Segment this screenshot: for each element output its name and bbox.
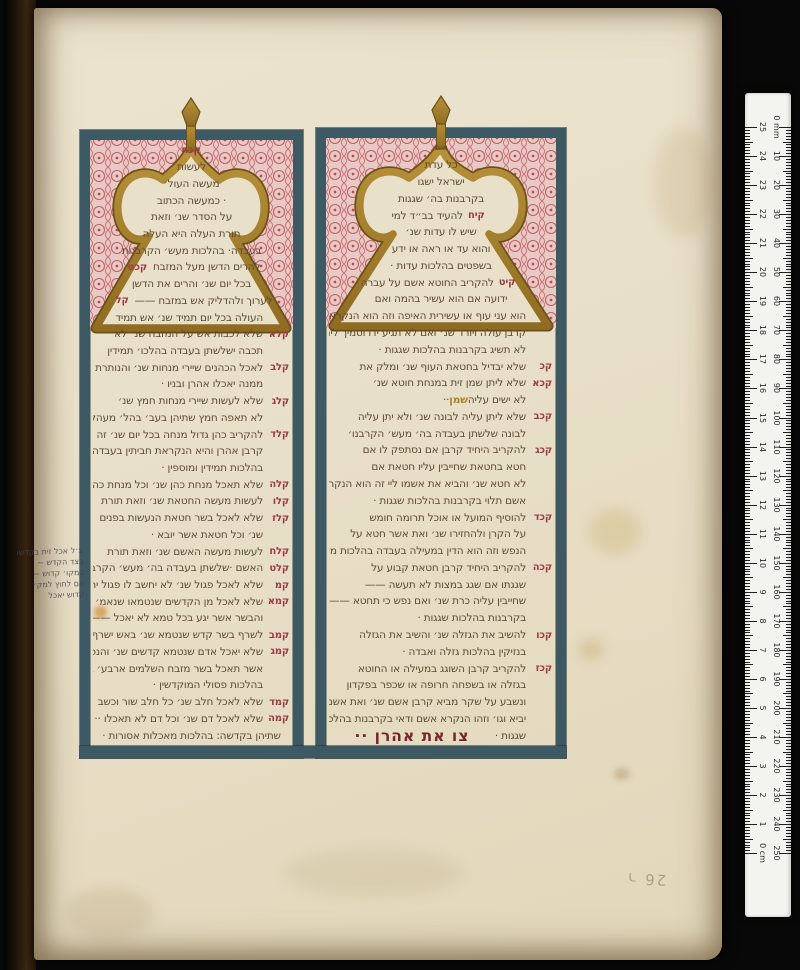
ruler-tick-mm bbox=[786, 336, 791, 337]
line-text: שלא תאכל מנחת כהן שנ׳ וכל מנחת כהן bbox=[93, 479, 263, 491]
ruler-tick-cm bbox=[745, 467, 750, 468]
ruler-tick-cm bbox=[745, 345, 753, 346]
ruler-tick-cm bbox=[745, 197, 750, 198]
ruler-tick-mm bbox=[786, 380, 791, 381]
ruler-tick-cm bbox=[745, 391, 750, 392]
line-text: לעשות מעשה החטאת שנ׳ וזאת תורת bbox=[101, 495, 263, 507]
ruler-tick-mm bbox=[786, 818, 791, 819]
manuscript-line: בהלכות פסולי המוקדשין · bbox=[93, 677, 290, 694]
ruler-tick-mm bbox=[783, 752, 791, 753]
ruler-tick-mm bbox=[786, 772, 791, 773]
ruler-tick-mm bbox=[786, 627, 791, 628]
ruler-tick-cm bbox=[745, 836, 750, 837]
ruler-tick-mm bbox=[786, 720, 791, 721]
manuscript-line: קכדלהוסיף המועל או אוכל תרומה חומש bbox=[329, 509, 553, 526]
ruler-tick-cm bbox=[745, 827, 750, 828]
ruler-tick-mm bbox=[786, 290, 791, 291]
ruler-tick-mm bbox=[786, 435, 791, 436]
ruler-tick-cm bbox=[745, 563, 757, 564]
ruler-tick-cm bbox=[745, 601, 750, 602]
ruler-tick-mm bbox=[786, 847, 791, 848]
line-text: להוסיף המועל או אוכל תרומה חומש bbox=[369, 512, 526, 524]
ruler-tick-cm bbox=[745, 754, 750, 755]
line-text: לאכל הכהנים שיירי מנחות שנ׳ והנותרת bbox=[95, 362, 263, 374]
ruler-tick-cm bbox=[745, 232, 750, 233]
ruler-tick-cm bbox=[745, 505, 757, 506]
ruler-tick-mm bbox=[786, 574, 791, 575]
ruler-tick-mm bbox=[786, 348, 791, 349]
ruler-tick-cm bbox=[745, 728, 750, 729]
ruler-tick-cm bbox=[745, 638, 750, 639]
ruler-tick-mm bbox=[786, 354, 791, 355]
line-text: להעיד בב״ד למי bbox=[391, 210, 462, 222]
manuscript-line: קיטלהקריב החוטא אשם על עברה bbox=[329, 274, 553, 291]
ruler-tick-mm bbox=[786, 746, 791, 747]
ruler-tick-mm bbox=[786, 830, 791, 831]
ruler-tick-mm bbox=[786, 162, 791, 163]
ruler-tick-cm bbox=[745, 304, 750, 305]
manuscript-line: בכל יום שנ׳ והרים את הדשן bbox=[93, 276, 290, 293]
ruler-tick-cm bbox=[745, 624, 750, 625]
line-text: בהלכות פסולי המוקדשין · bbox=[153, 679, 263, 691]
ruler-tick-cm bbox=[745, 316, 753, 317]
ruler-tick-mm bbox=[786, 696, 791, 697]
ruler-tick-mm bbox=[786, 368, 791, 369]
ruler-tick-mm bbox=[786, 754, 791, 755]
ruler-tick-mm bbox=[783, 810, 791, 811]
manuscript-line: והבשר אשר יגע בכל טמא לא יאכל —— bbox=[93, 610, 290, 627]
ruler-tick-cm bbox=[745, 319, 750, 320]
manuscript-line: לבונה שלשתן בעבדה בה׳ מעש׳ הקרבנו׳ bbox=[329, 425, 553, 442]
ruler-tick-cm bbox=[745, 673, 750, 674]
ruler-tick-cm bbox=[745, 815, 750, 816]
ruler-tick-mm bbox=[786, 197, 791, 198]
ruler-tick-mm bbox=[786, 255, 791, 256]
ruler-tick-cm bbox=[745, 752, 753, 753]
ruler-tick-mm bbox=[786, 644, 791, 645]
ruler-tick-cm bbox=[745, 586, 750, 587]
manuscript-line: שנ׳ וכל חטאת אשר יובא · bbox=[93, 527, 290, 544]
ruler-tick-mm bbox=[786, 266, 791, 267]
ruler-tick-mm bbox=[786, 691, 791, 692]
ruler-tick-cm bbox=[745, 813, 750, 814]
ruler-tick-mm bbox=[786, 813, 791, 814]
ruler-tick-mm bbox=[786, 438, 791, 439]
ruler-tick-mm bbox=[786, 464, 791, 465]
manuscript-line: קמדשלא לאכל חלב שנ׳ כל חלב שור וכשב bbox=[93, 694, 290, 711]
ruler-tick-mm bbox=[786, 426, 791, 427]
ruler-tick-cm bbox=[745, 821, 750, 822]
ruler-tick-mm bbox=[786, 449, 791, 450]
ruler-tick-mm bbox=[786, 760, 791, 761]
ruler-tick-cm bbox=[745, 383, 750, 384]
ruler-tick-cm bbox=[745, 595, 750, 596]
ruler-tick-cm bbox=[745, 281, 750, 282]
ruler-tick-mm bbox=[783, 548, 791, 549]
ruler-tick-cm bbox=[745, 223, 750, 224]
ruler-tick-mm bbox=[786, 223, 791, 224]
manuscript-line: קמשלא לאכל פגול שנ׳ לא יחשב לו פגול יהיה bbox=[93, 577, 290, 594]
ruler-tick-mm bbox=[786, 493, 791, 494]
ruler-tick-cm bbox=[745, 295, 750, 296]
line-text: תורת העלה היא העלה bbox=[143, 228, 241, 240]
ruler-tick-cm bbox=[745, 766, 757, 767]
ruler-tick-cm bbox=[745, 476, 757, 477]
line-text: מעשה העול׳ bbox=[164, 178, 220, 190]
ruler-tick-cm bbox=[745, 171, 753, 172]
ruler-tick-mm bbox=[786, 246, 791, 247]
ruler-tick-cm bbox=[745, 516, 750, 517]
line-text: העולה בכל יום תמיד שנ׳ אש תמיד bbox=[115, 312, 263, 324]
ruler-tick-mm bbox=[786, 191, 791, 192]
ruler-tick-mm bbox=[786, 554, 791, 555]
line-text: להרים הדשן מעל המזבח bbox=[153, 261, 260, 273]
ruler-tick-cm bbox=[745, 374, 753, 375]
ruler-tick-mm bbox=[786, 528, 791, 529]
mitzvah-number: קל bbox=[116, 295, 130, 306]
ruler-tick-mm bbox=[786, 261, 791, 262]
manuscript-line: קלהשלא תאכל מנחת כהן שנ׳ וכל מנחת כהן bbox=[93, 476, 290, 493]
ruler-tick-cm bbox=[745, 182, 750, 183]
ruler-tick-mm bbox=[783, 635, 791, 636]
line-text: בגזלה או בשפחה חרופה או שכפר בפקדון bbox=[346, 679, 526, 691]
ruler-tick-cm bbox=[745, 354, 750, 355]
ruler-tick-mm bbox=[786, 667, 791, 668]
line-text: ידועה אם הוא עשיר בהמה ואם bbox=[375, 293, 508, 305]
manuscript-line: קכשלא יבדיל בחטאת העוף שנ׳ ומלק את bbox=[329, 358, 553, 375]
ruler-tick-mm bbox=[786, 415, 791, 416]
ruler-tick-mm bbox=[786, 194, 791, 195]
ruler-tick-mm bbox=[786, 412, 791, 413]
ruler-tick-mm bbox=[786, 717, 791, 718]
ruler-tick-cm bbox=[745, 287, 753, 288]
mitzvah-number: קיט bbox=[499, 277, 517, 288]
ruler-tick-mm bbox=[786, 630, 791, 631]
gloss-line: קדוש יאכל bbox=[19, 589, 85, 602]
ruler-tick-cm bbox=[745, 685, 750, 686]
ruler-tick-mm bbox=[786, 705, 791, 706]
ruler-tick-cm bbox=[745, 778, 750, 779]
ruler-tick-cm bbox=[745, 415, 750, 416]
ruler-tick-mm bbox=[783, 606, 791, 607]
ruler-tick-mm bbox=[786, 641, 791, 642]
stain bbox=[64, 888, 154, 938]
ruler-tick-mm bbox=[783, 839, 791, 840]
mitzvah-number: קכח bbox=[181, 145, 201, 156]
section-heading-tzav-et-aharon: צו את אהרן ·· bbox=[329, 727, 495, 744]
ruler-tick-mm bbox=[786, 420, 791, 421]
line-text: על הקרן ולהחזירו שנ׳ ואת אשר חטא על bbox=[350, 528, 526, 540]
ruler-tick-mm bbox=[786, 365, 791, 366]
stain bbox=[654, 128, 714, 238]
ruler-tick-mm bbox=[786, 386, 791, 387]
ruler-tick-cm bbox=[745, 847, 750, 848]
ruler-tick-mm bbox=[786, 293, 791, 294]
ruler-tick-cm bbox=[745, 522, 750, 523]
manuscript-line: קלטהאשם ·שלשתן בעבדה בה׳ מעש׳ הקרבנות bbox=[93, 560, 290, 577]
ruler-tick-mm bbox=[786, 711, 791, 712]
manuscript-line: והוא עד או ראה או ידע bbox=[329, 241, 553, 258]
ruler-tick-mm bbox=[783, 461, 791, 462]
ruler-tick-mm bbox=[786, 275, 791, 276]
parchment-page: קכחלעשותמעשה העול׳· כמעשה הכתובעל הסדר ש… bbox=[34, 8, 722, 960]
ruler-tick-mm bbox=[786, 205, 791, 206]
manuscript-line: · כמעשה הכתוב bbox=[93, 192, 290, 209]
ruler-tick-mm bbox=[786, 269, 791, 270]
manuscript-line: בעבדה· בהלכות מעש׳ הקרבנות bbox=[93, 242, 290, 259]
ruler-tick-cm bbox=[745, 720, 750, 721]
ruler-tick-cm bbox=[745, 144, 750, 145]
ruler-tick-cm bbox=[745, 664, 753, 665]
ruler-tick-cm bbox=[745, 798, 750, 799]
ruler-tick-cm bbox=[745, 200, 753, 201]
manuscript-line: ונשבע על שקר מביא קרבן אשם שנ׳ ואת אשמו bbox=[329, 694, 553, 711]
ruler-tick-mm bbox=[786, 734, 791, 735]
mitzvah-number: קלב bbox=[263, 362, 290, 373]
ruler-tick-cm bbox=[745, 650, 757, 651]
manuscript-line: ממנה יאכלו אהרן ובניו · bbox=[93, 376, 290, 393]
manuscript-line: בגזלה או בשפחה חרופה או שכפר בפקדון bbox=[329, 677, 553, 694]
line-text: קרבן עולה ויורד שנ׳ ואם לא תגיע ידו וסמי… bbox=[329, 327, 526, 339]
line-text: בקרבנות בה׳ שגגות bbox=[398, 193, 484, 205]
ruler-tick-mm bbox=[786, 211, 791, 212]
ruler-tick-cm bbox=[745, 647, 750, 648]
ruler-tick-mm bbox=[786, 537, 791, 538]
manuscript-line: לעשות bbox=[93, 159, 290, 176]
line-text: ונשבע על שקר מביא קרבן אשם שנ׳ ואת אשמו bbox=[329, 696, 526, 708]
ruler-tick-cm bbox=[745, 447, 757, 448]
ruler-tick-mm bbox=[786, 833, 791, 834]
ruler-tick-cm bbox=[745, 243, 757, 244]
ruler-tick-cm bbox=[745, 537, 750, 538]
ruler-tick-mm bbox=[786, 383, 791, 384]
ruler-tick-cm bbox=[745, 670, 750, 671]
ruler-tick-mm bbox=[786, 400, 791, 401]
ruler-tick-mm bbox=[786, 682, 791, 683]
ruler-tick-mm bbox=[786, 313, 791, 314]
manuscript-line: ואם bbox=[329, 140, 553, 157]
ruler-tick-cm bbox=[745, 275, 750, 276]
ruler-tick-cm bbox=[745, 165, 750, 166]
stain bbox=[284, 848, 464, 898]
ruler-tick-mm bbox=[786, 310, 791, 311]
ruler-tick-mm bbox=[786, 595, 791, 596]
manuscript-line: קכולהשיב את הגזלה שנ׳ והשיב את הגזלה bbox=[329, 627, 553, 644]
ruler-tick-mm bbox=[786, 188, 791, 189]
ruler-tick-mm bbox=[786, 786, 791, 787]
ruler-tick-mm bbox=[786, 484, 791, 485]
gold-highlighted-word: שמן bbox=[449, 394, 468, 406]
ruler-tick-cm bbox=[745, 496, 750, 497]
ruler-tick-mm bbox=[786, 850, 791, 851]
ruler-tick-cm bbox=[745, 423, 750, 424]
ruler-tick-mm bbox=[786, 510, 791, 511]
ruler-tick-mm bbox=[786, 406, 791, 407]
ruler-tick-cm bbox=[745, 850, 750, 851]
ruler-tick-mm bbox=[786, 740, 791, 741]
ruler-tick-mm bbox=[786, 757, 791, 758]
ruler-tick-mm bbox=[783, 374, 791, 375]
line-text: ישראל ישגו bbox=[418, 176, 465, 188]
ruler-tick-cm bbox=[745, 377, 750, 378]
ruler-tick-mm bbox=[783, 693, 791, 694]
manuscript-line: בנזיקין בהלכות גזלה ואבדה · bbox=[329, 643, 553, 660]
line-text: הנפש וזה הוא הדין במעילה בעבדה בהלכות מע… bbox=[329, 545, 526, 557]
ruler-tick-cm bbox=[745, 470, 750, 471]
ruler-tick-cm bbox=[745, 845, 750, 846]
ruler-tick-cm bbox=[745, 580, 750, 581]
ruler-tick-cm bbox=[745, 473, 750, 474]
ruler-tick-mm bbox=[786, 479, 791, 480]
ruler-tick-mm bbox=[786, 153, 791, 154]
ruler-tick-cm bbox=[745, 757, 750, 758]
ruler-tick-mm bbox=[786, 429, 791, 430]
ruler-tick-cm bbox=[745, 833, 750, 834]
ruler-tick-cm bbox=[745, 203, 750, 204]
ruler-tick-cm bbox=[745, 662, 750, 663]
ruler-tick-cm bbox=[745, 127, 757, 128]
ruler-tick-mm bbox=[786, 284, 791, 285]
ruler-tick-mm bbox=[786, 647, 791, 648]
line-text: לא חטא שנ׳ והביא את אשמו ליי זה הוא הנקר… bbox=[329, 478, 526, 490]
line-text: שגגות · bbox=[495, 730, 526, 742]
manuscript-line: קמאשלא לאכל מן הקדשים שנטמאו שנאמ׳ bbox=[93, 593, 290, 610]
line-text: שלא ליתן שמן זית במנחת חוטא שנ׳ bbox=[373, 377, 526, 389]
ruler-tick-mm bbox=[783, 200, 791, 201]
ruler-tick-mm bbox=[786, 728, 791, 729]
ruler-tick-cm bbox=[745, 191, 750, 192]
ruler-tick-mm bbox=[786, 473, 791, 474]
ruler-tick-cm bbox=[745, 749, 750, 750]
ruler-tick-mm bbox=[786, 731, 791, 732]
ruler-tick-mm bbox=[786, 525, 791, 526]
ruler-tick-mm bbox=[786, 580, 791, 581]
ruler-tick-mm bbox=[786, 168, 791, 169]
ruler-tick-cm bbox=[745, 272, 757, 273]
manuscript-line: קלזשלא לאכל בשר חטאת הנעשות בפנים bbox=[93, 510, 290, 527]
ruler-tick-cm bbox=[745, 418, 757, 419]
line-text: לשרף בשר קדש שנטמא שנ׳ באש ישרף bbox=[93, 629, 263, 641]
ruler-tick-cm bbox=[745, 336, 750, 337]
ruler-tick-cm bbox=[745, 531, 750, 532]
line-text: לא תשיג בקרבנות בהלכות שגגות · bbox=[378, 344, 526, 356]
ruler-tick-cm bbox=[745, 830, 750, 831]
ruler-tick-mm bbox=[786, 662, 791, 663]
ruler-tick-cm bbox=[745, 618, 750, 619]
ruler-tick-cm bbox=[745, 734, 750, 735]
ruler-tick-mm bbox=[786, 304, 791, 305]
ruler-tick-cm bbox=[745, 400, 750, 401]
ruler-tick-mm bbox=[783, 403, 791, 404]
ruler-tick-cm bbox=[745, 188, 750, 189]
ruler-tick-mm bbox=[786, 513, 791, 514]
line-text: · כמעשה הכתוב bbox=[157, 195, 226, 207]
ruler-tick-mm bbox=[786, 763, 791, 764]
line-text: להקריב קרבן השוגג במעילה או החוטא bbox=[358, 663, 526, 675]
ruler-tick-mm bbox=[786, 792, 791, 793]
ruler-tick-cm bbox=[745, 342, 750, 343]
manuscript-line: חטא בחטאת שחייבין עליו חטאת אם bbox=[329, 459, 553, 476]
line-text: קרבן אהרן והיא הנקראת חביתין בעבדה bbox=[93, 445, 263, 457]
ruler-tick-mm bbox=[786, 603, 791, 604]
ruler-tick-mm bbox=[786, 342, 791, 343]
ruler-tick-cm bbox=[745, 583, 750, 584]
mitzvah-number: קמא bbox=[263, 596, 290, 607]
ruler-tick-cm bbox=[745, 214, 757, 215]
manuscript-line: קמבלשרף בשר קדש שנטמא שנ׳ באש ישרף bbox=[93, 627, 290, 644]
ruler-tick-cm bbox=[745, 168, 750, 169]
manuscript-line: ידועה אם הוא עשיר בהמה ואם bbox=[329, 291, 553, 308]
ruler-tick-mm bbox=[786, 632, 791, 633]
line-text: לא תאפה חמץ שתיהן בעב׳ בהל׳ מעהקו׳ bbox=[93, 412, 263, 424]
ruler-tick-mm bbox=[786, 624, 791, 625]
ruler-tick-cm bbox=[745, 659, 750, 660]
mitzvah-number: קלז bbox=[263, 513, 290, 524]
ruler-tick-cm bbox=[745, 711, 750, 712]
ruler-tick-cm bbox=[745, 409, 750, 410]
manuscript-line: בהלכות תמידין ומוספין · bbox=[93, 460, 290, 477]
ruler-tick-mm bbox=[786, 351, 791, 352]
ruler-tick-cm bbox=[745, 449, 750, 450]
ruler-tick-cm bbox=[745, 551, 750, 552]
ruler-tick-cm bbox=[745, 290, 750, 291]
ruler-tick-mm bbox=[783, 287, 791, 288]
manuscript-line: שחייבין עליה כרת שנ׳ ואם נפש כי תחטא —— bbox=[329, 593, 553, 610]
manuscript-line: הנפש וזה הוא הדין במעילה בעבדה בהלכות מע… bbox=[329, 543, 553, 560]
ruler-tick-cm bbox=[745, 708, 757, 709]
ruler-tick-mm bbox=[786, 394, 791, 395]
line-text: להשיב את הגזלה שנ׳ והשיב את הגזלה bbox=[359, 629, 526, 641]
ruler-tick-mm bbox=[783, 171, 791, 172]
ruler-tick-cm bbox=[745, 737, 757, 738]
book-spine bbox=[4, 0, 36, 970]
manuscript-line: שגגתו אם שגג במצות לא תעשה —— bbox=[329, 576, 553, 593]
ruler-tick-cm bbox=[745, 479, 750, 480]
ruler-tick-cm bbox=[745, 795, 757, 796]
line-text: שיש לו עדות שנ׳ bbox=[405, 226, 476, 238]
ruler-tick-mm bbox=[786, 249, 791, 250]
ruler-tick-cm bbox=[745, 548, 753, 549]
ruler-tick-cm bbox=[745, 656, 750, 657]
ruler-tick-cm bbox=[745, 569, 750, 570]
mitzvah-number: קלט bbox=[263, 563, 290, 574]
ruler-tick-mm bbox=[786, 598, 791, 599]
ruler-tick-cm bbox=[745, 173, 750, 174]
ruler-tick-cm bbox=[745, 577, 753, 578]
ruler-tick-mm bbox=[786, 147, 791, 148]
ruler-tick-mm bbox=[786, 827, 791, 828]
ruler-tick-cm bbox=[745, 435, 750, 436]
ruler-tick-cm bbox=[745, 534, 757, 535]
text-column-left: קכחלעשותמעשה העול׳· כמעשה הכתובעל הסדר ש… bbox=[80, 130, 303, 758]
ruler-tick-mm bbox=[783, 577, 791, 578]
manuscript-line: לא תשיג בקרבנות בהלכות שגגות · bbox=[329, 341, 553, 358]
ruler-tick-mm bbox=[786, 670, 791, 671]
ruler-tick-cm bbox=[745, 519, 753, 520]
ruler-tick-mm bbox=[786, 502, 791, 503]
ruler-tick-mm bbox=[786, 508, 791, 509]
ruler-tick-mm bbox=[786, 545, 791, 546]
manuscript-line: קלדלהקריב כהן גדול מנחה בכל יום שנ׳ זה bbox=[93, 426, 290, 443]
manuscript-line: קמהשלא לאכל דם שנ׳ וכל דם לא תאכלו ·· bbox=[93, 710, 290, 727]
line-text: לערוך ולהדליק אש במזבח —— bbox=[135, 295, 273, 307]
ruler-tick-cm bbox=[745, 220, 750, 221]
ruler-tick-cm bbox=[745, 176, 750, 177]
line-text: תכבה ישלשתן בעבדה בהלכו׳ תמידין bbox=[107, 345, 263, 357]
manuscript-line: שיש לו עדות שנ׳ bbox=[329, 224, 553, 241]
manuscript-line: הוא עני עוף או עשירית האיפה וזה הוא הנקר… bbox=[329, 308, 553, 325]
ruler-tick-mm bbox=[786, 144, 791, 145]
